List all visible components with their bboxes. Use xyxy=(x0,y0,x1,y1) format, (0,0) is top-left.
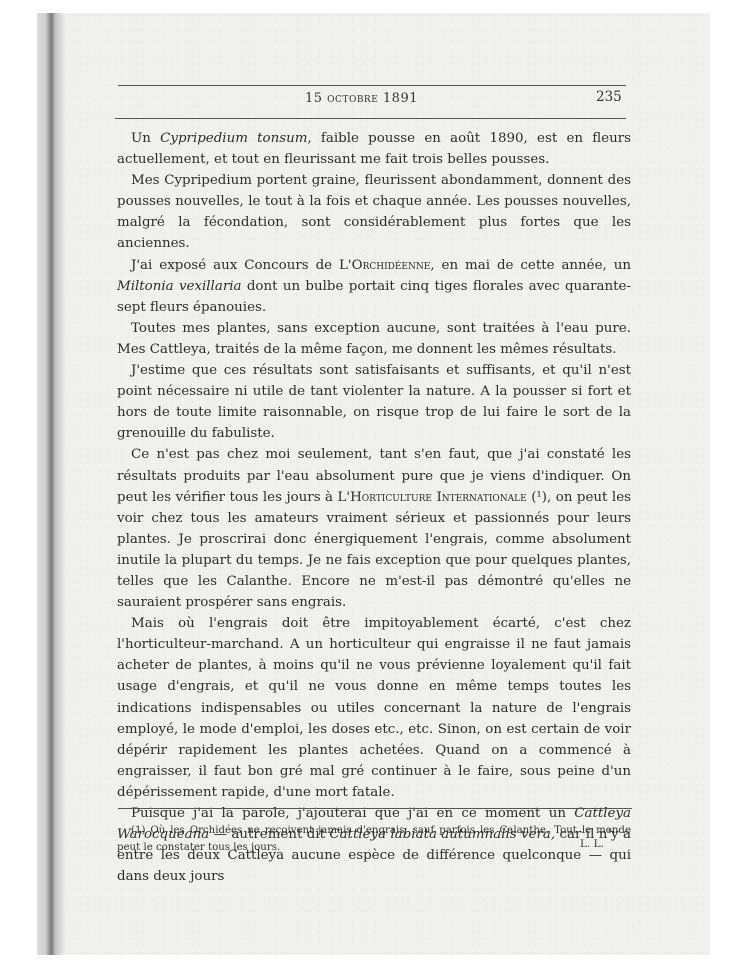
society-name: L'Orchidéenne xyxy=(339,258,430,273)
text-run: , en mai de cette année, un xyxy=(430,258,631,273)
paragraph: J'estime que ces résultats sont satisfai… xyxy=(117,360,631,444)
paragraph: Toutes mes plantes, sans exception aucun… xyxy=(117,318,631,360)
paragraph: Mes Cypripedium portent graine, fleuriss… xyxy=(117,170,631,254)
footnote: (1) Où les Orchidées ne reçoivent jamais… xyxy=(117,822,631,856)
paragraph: J'ai exposé aux Concours de L'Orchidéenn… xyxy=(117,255,631,318)
text-run: Mes Cypripedium portent graine, fleuriss… xyxy=(117,173,631,251)
article-body: Un Cypripedium tonsum, faible pousse en … xyxy=(117,128,631,887)
text-run: (¹), on peut les voir chez tous les amat… xyxy=(117,490,631,610)
header-rule-top xyxy=(118,85,626,86)
footnote-signature: L. L. xyxy=(580,838,604,850)
footnote-text: (1) Où les Orchidées ne reçoivent jamais… xyxy=(117,822,631,856)
header-rule-bottom xyxy=(115,118,626,119)
species-name: Cypripedium tonsum xyxy=(160,131,307,146)
text-run: J'ai exposé aux Concours de xyxy=(131,258,339,273)
page-number: 235 xyxy=(596,89,622,105)
paragraph: Mais où l'engrais doit être impitoyablem… xyxy=(117,613,631,803)
text-run: Toutes mes plantes, sans exception aucun… xyxy=(117,321,631,357)
paragraph: Un Cypripedium tonsum, faible pousse en … xyxy=(117,128,631,170)
text-run: Mais où l'engrais doit être impitoyablem… xyxy=(117,616,631,800)
book-spine-shadow xyxy=(37,13,65,955)
species-name: Miltonia vexillaria xyxy=(117,279,242,294)
paragraph: Ce n'est pas chez moi seulement, tant s'… xyxy=(117,444,631,613)
institution-name: L'Horticulture Internationale xyxy=(338,490,527,505)
text-run: Un xyxy=(131,131,160,146)
footnote-rule xyxy=(118,808,632,809)
running-header-date: 15 octobre 1891 xyxy=(305,91,455,106)
text-run: J'estime que ces résultats sont satisfai… xyxy=(117,363,631,441)
